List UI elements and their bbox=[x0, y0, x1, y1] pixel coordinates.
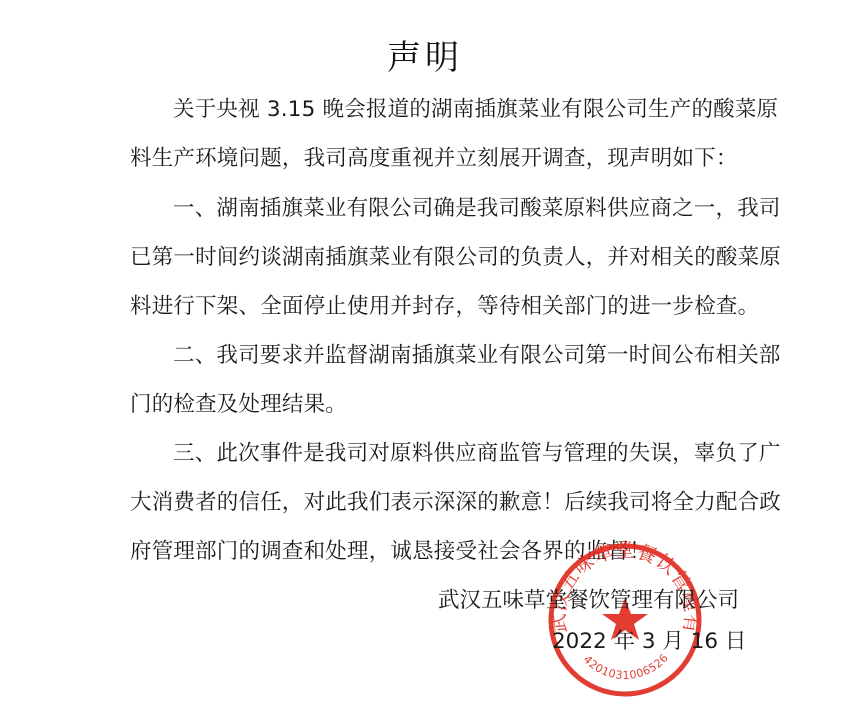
signature-company: 武汉五味草堂餐饮管理有限公司 bbox=[438, 583, 739, 614]
paragraph-3-line-1: 三、此次事件是我司对原料供应商监管与管理的失误，辜负了广 bbox=[173, 436, 781, 467]
document-title: 声明 bbox=[0, 30, 850, 79]
signature-date: 2022 年 3 月 16 日 bbox=[552, 624, 746, 655]
paragraph-intro-line-2: 料生产环境问题，我司高度重视并立刻展开调查，现声明如下： bbox=[130, 141, 738, 172]
paragraph-2-line-1: 二、我司要求并监督湖南插旗菜业有限公司第一时间公布相关部 bbox=[173, 338, 781, 369]
paragraph-1-line-1: 一、湖南插旗菜业有限公司确是我司酸菜原料供应商之一，我司 bbox=[173, 191, 781, 222]
paragraph-2-line-2: 门的检查及处理结果。 bbox=[130, 387, 347, 418]
statement-document: 声明 关于央视 3.15 晚会报道的湖南插旗菜业有限公司生产的酸菜原 料生产环境… bbox=[0, 0, 850, 717]
paragraph-1-line-2: 已第一时间约谈湖南插旗菜业有限公司的负责人，并对相关的酸菜原 bbox=[130, 240, 781, 271]
paragraph-3-line-2: 大消费者的信任，对此我们表示深深的歉意！后续我司将全力配合政 bbox=[130, 485, 781, 516]
paragraph-intro-line-1: 关于央视 3.15 晚会报道的湖南插旗菜业有限公司生产的酸菜原 bbox=[173, 92, 778, 123]
paragraph-1-line-3: 料进行下架、全面停止使用并封存，等待相关部门的进一步检查。 bbox=[130, 289, 759, 320]
company-seal-icon: 武汉五味草堂餐饮管理有限公司 4201031006526O bbox=[545, 540, 705, 700]
